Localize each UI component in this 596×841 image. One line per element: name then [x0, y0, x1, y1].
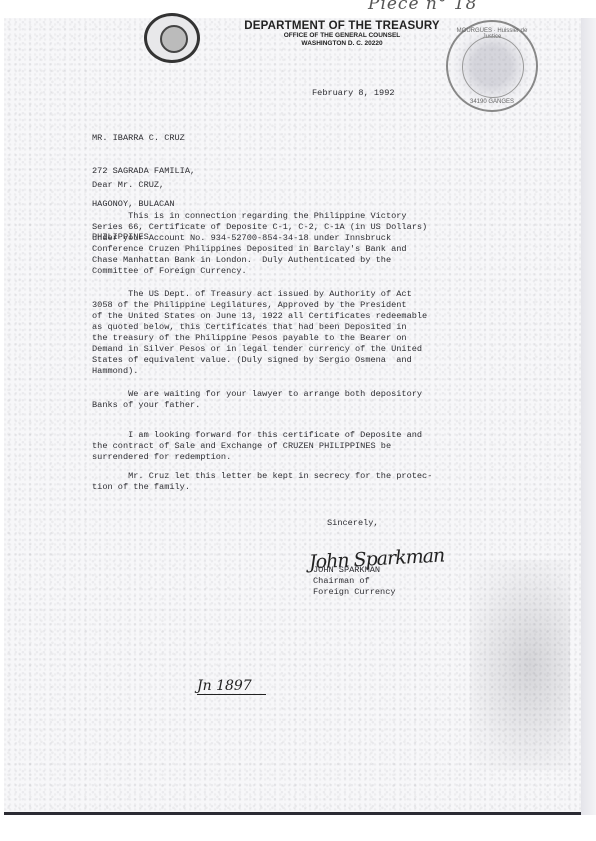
- scan-edge-shade: [581, 18, 596, 815]
- letterhead: DEPARTMENT OF THE TREASURY OFFICE OF THE…: [222, 20, 462, 48]
- handwritten-exhibit-label: Pièce n° 18: [368, 0, 477, 14]
- recipient-line: HAGONOY, BULACAN: [92, 199, 195, 210]
- recipient-line: 272 SAGRADA FAMILIA,: [92, 166, 195, 177]
- photocopy-blotch: [470, 560, 570, 770]
- bailiff-stamp-icon: MOURGUES · Huissier de Justice 34190 GAN…: [446, 20, 538, 112]
- office-address: WASHINGTON D. C. 20220: [222, 40, 462, 48]
- body-paragraph: We are waiting for your lawyer to arrang…: [92, 389, 422, 411]
- page-bottom-edge: [4, 812, 581, 815]
- office-name: OFFICE OF THE GENERAL COUNSEL: [222, 32, 462, 40]
- handwritten-initials: Jn 1897: [197, 678, 266, 695]
- department-name: DEPARTMENT OF THE TREASURY: [222, 20, 462, 32]
- body-paragraph: I am looking forward for this certificat…: [92, 430, 422, 463]
- letter-date: February 8, 1992: [312, 88, 395, 99]
- recipient-line: MR. IBARRA C. CRUZ: [92, 133, 195, 144]
- salutation: Dear Mr. CRUZ,: [92, 180, 164, 191]
- stamp-bottom-text: 34190 GANGES: [448, 99, 536, 105]
- body-paragraph: The US Dept. of Treasury act issued by A…: [92, 289, 427, 377]
- signer-block: JOHN SPARKMAN Chairman of Foreign Curren…: [313, 565, 396, 598]
- closing: Sincerely,: [327, 518, 379, 529]
- treasury-seal-icon: [144, 13, 200, 63]
- stamp-inner-ring: [462, 36, 524, 98]
- body-paragraph: Mr. Cruz let this letter be kept in secr…: [92, 471, 432, 493]
- body-paragraph: This is in connection regarding the Phil…: [92, 211, 427, 277]
